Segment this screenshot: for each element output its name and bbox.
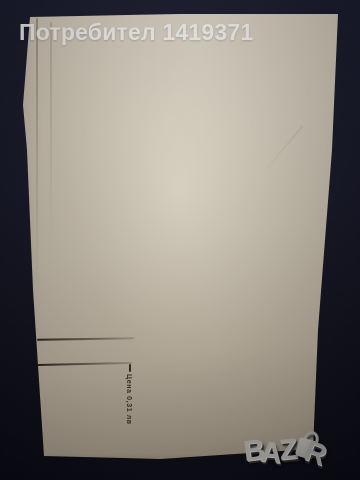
- user-watermark: Потребител 1419371: [19, 19, 253, 46]
- printed-rule-tick: [129, 364, 131, 372]
- cover-crease: [36, 18, 38, 288]
- cover-crease: [50, 22, 52, 252]
- product-photo: Цена 0,31 лв Потребител 1419371 B A Z R: [0, 0, 360, 480]
- printed-rule-line: [37, 337, 134, 341]
- cover-crease: [257, 126, 304, 181]
- printed-rule-line: [37, 362, 132, 366]
- price-text: Цена 0,31 лв: [125, 374, 132, 425]
- book-back-cover: Цена 0,31 лв: [0, 0, 360, 480]
- bazar-logo: B A Z R: [243, 431, 329, 477]
